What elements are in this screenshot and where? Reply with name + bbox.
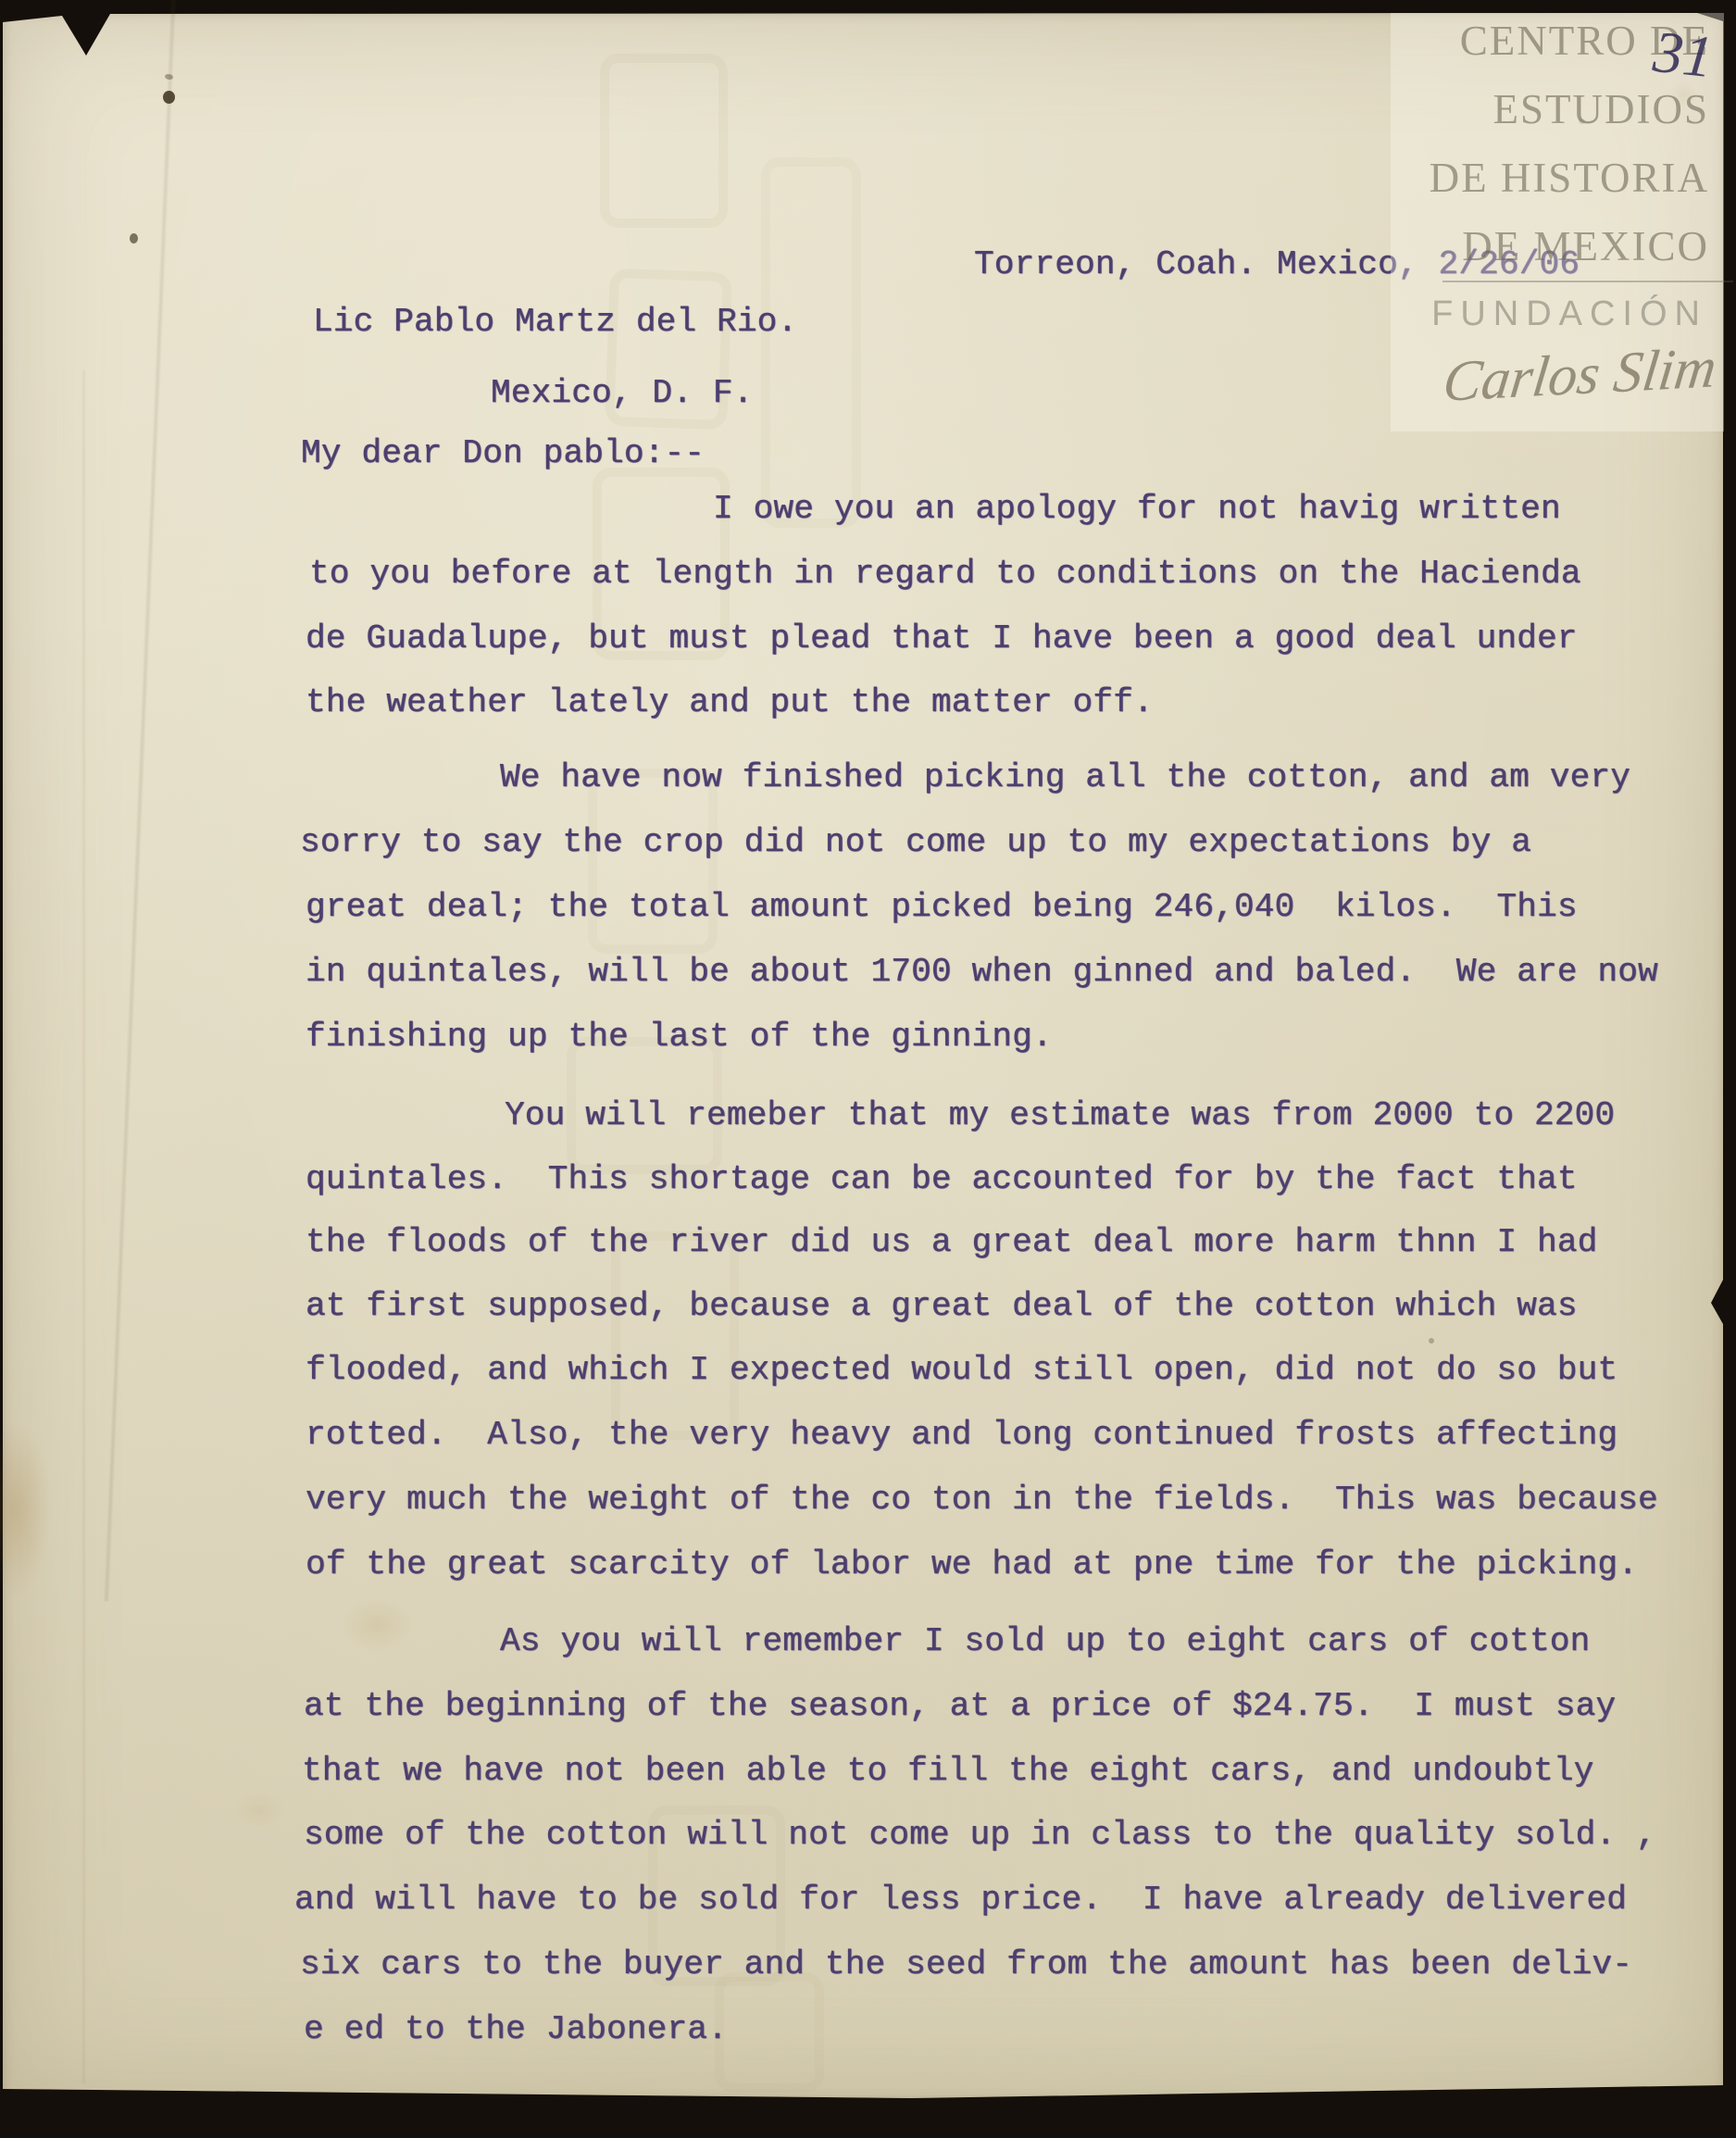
body-line: As you will remember I sold up to eight … — [500, 1623, 1590, 1660]
body-line: We have now finished picking all the cot… — [500, 759, 1630, 796]
recipient-line-2: Mexico, D. F. — [491, 375, 753, 412]
body-line: at the beginning of the season, at a pri… — [304, 1688, 1616, 1725]
bleed-through-mark — [600, 54, 728, 228]
paper-crease — [81, 370, 86, 2083]
body-line: e ed to the Jabonera. — [304, 2011, 728, 2048]
archive-stamp-line: DE HISTORIA — [1430, 154, 1709, 202]
paper-speck — [1429, 1338, 1434, 1344]
body-line: You will remeber that my estimate was fr… — [505, 1097, 1615, 1134]
body-line: and will have to be sold for less price.… — [294, 1882, 1627, 1919]
body-line: that we have not been able to fill the e… — [302, 1753, 1593, 1790]
body-line: great deal; the total amount picked bein… — [306, 889, 1578, 926]
paper-speck — [163, 91, 175, 104]
paper-speck — [165, 74, 173, 80]
body-line: quintales. This shortage can be accounte… — [306, 1161, 1578, 1198]
salutation: My dear Don pablo:-- — [301, 435, 705, 472]
archive-stamp-line: ESTUDIOS — [1492, 85, 1709, 133]
fundacion-label: FUNDACIÓN — [1431, 294, 1707, 334]
body-line: sorry to say the crop did not come up to… — [300, 824, 1531, 861]
paper-stain — [222, 1782, 296, 1838]
scanned-letter-page: Torreon, Coah. Mexico, 2/26/06 Lic Pablo… — [0, 0, 1736, 2138]
carlos-slim-signature: Carlos Slim — [1440, 335, 1720, 416]
body-line: some of the cotton will not come up in c… — [304, 1817, 1656, 1854]
paper-stain — [326, 1585, 428, 1664]
body-line: in quintales, will be about 1700 when gi… — [306, 954, 1658, 991]
paper-speck — [130, 233, 138, 244]
body-line: very much the weight of the co ton in th… — [306, 1482, 1658, 1519]
body-line: rotted. Also, the very heavy and long co… — [306, 1417, 1617, 1454]
bleed-through-mark — [611, 1232, 739, 1440]
body-line: of the great scarcity of labor we had at… — [306, 1546, 1638, 1583]
body-line: finishing up the last of the ginning. — [306, 1019, 1053, 1056]
bleed-through-mark — [588, 769, 718, 954]
body-line: flooded, and which I expected would stil… — [306, 1352, 1617, 1389]
recipient-line-1: Lic Pablo Martz del Rio. — [313, 304, 797, 341]
body-line: the floods of the river did us a great d… — [306, 1224, 1597, 1261]
body-line: six cars to the buyer and the seed from … — [300, 1946, 1632, 1983]
body-line: to you before at length in regard to con… — [309, 556, 1581, 593]
body-line: the weather lately and put the matter of… — [306, 684, 1154, 721]
body-line: at first supposed, because a great deal … — [306, 1288, 1578, 1325]
body-line: de Guadalupe, but must plead that I have… — [306, 620, 1578, 657]
archive-stamp-line: DE MEXICO — [1462, 222, 1709, 270]
handwritten-page-number: 31 — [1650, 18, 1716, 92]
bleed-through-mark — [715, 1972, 824, 2093]
body-line: I owe you an apology for not havig writt… — [713, 491, 1561, 528]
bleed-through-mark — [761, 157, 861, 528]
